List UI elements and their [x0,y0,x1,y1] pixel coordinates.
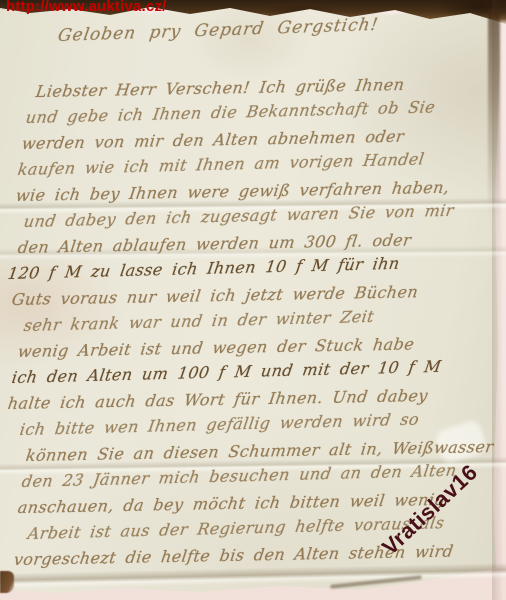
handwriting-line: anschauen, da bey möcht ich bitten weil … [17,490,447,517]
handwriting-line: halte ich auch das Wort für Ihnen. Und d… [7,386,430,413]
handwriting-line: Guts voraus nur weil ich jetzt werde Büc… [11,282,420,309]
handwriting-line: den Alten ablaufen werden um 300 fl. ode… [17,230,413,257]
handwriting-line: werden von mir den Alten abnehmen oder [21,127,406,153]
handwriting-line: kaufen wie ich mit Ihnen am vorigen Hand… [17,149,426,179]
handwriting-line: wenig Arbeit ist und wegen der Stuck hab… [17,334,416,361]
handwriting-line: und dabey den ich zugesagt waren Sie von… [23,201,456,231]
handwriting-line: ich bitte wen Ihnen gefällig werden wird… [19,410,421,440]
handwriting-line: sehr krank war und in der winter Zeit [23,307,376,335]
handwriting-line: und gebe ich Ihnen die Bekanntschaft ob … [25,97,437,127]
handwriting-line: wie ich bey Ihnen were gewiß verfahren h… [15,178,451,205]
handwriting-heading: Geloben pry Gepard Gergstich! [56,15,380,46]
auction-site-url-watermark: http://www.auktiva.cz/ [6,0,167,15]
handwriting-line: ich den Alten um 100 f M und mit der 10 … [11,357,443,387]
handwriting-line: Liebster Herr Verschen! Ich grüße Ihnen [35,75,406,101]
handwriting-line: den 23 Jänner mich besuchen und an den A… [21,461,458,491]
handwriting-line: 120 f M zu lasse ich Ihnen 10 f M für ih… [7,254,402,283]
scanned-letter-photo: Geloben pry Gepard Gergstich! Liebster H… [0,0,506,600]
